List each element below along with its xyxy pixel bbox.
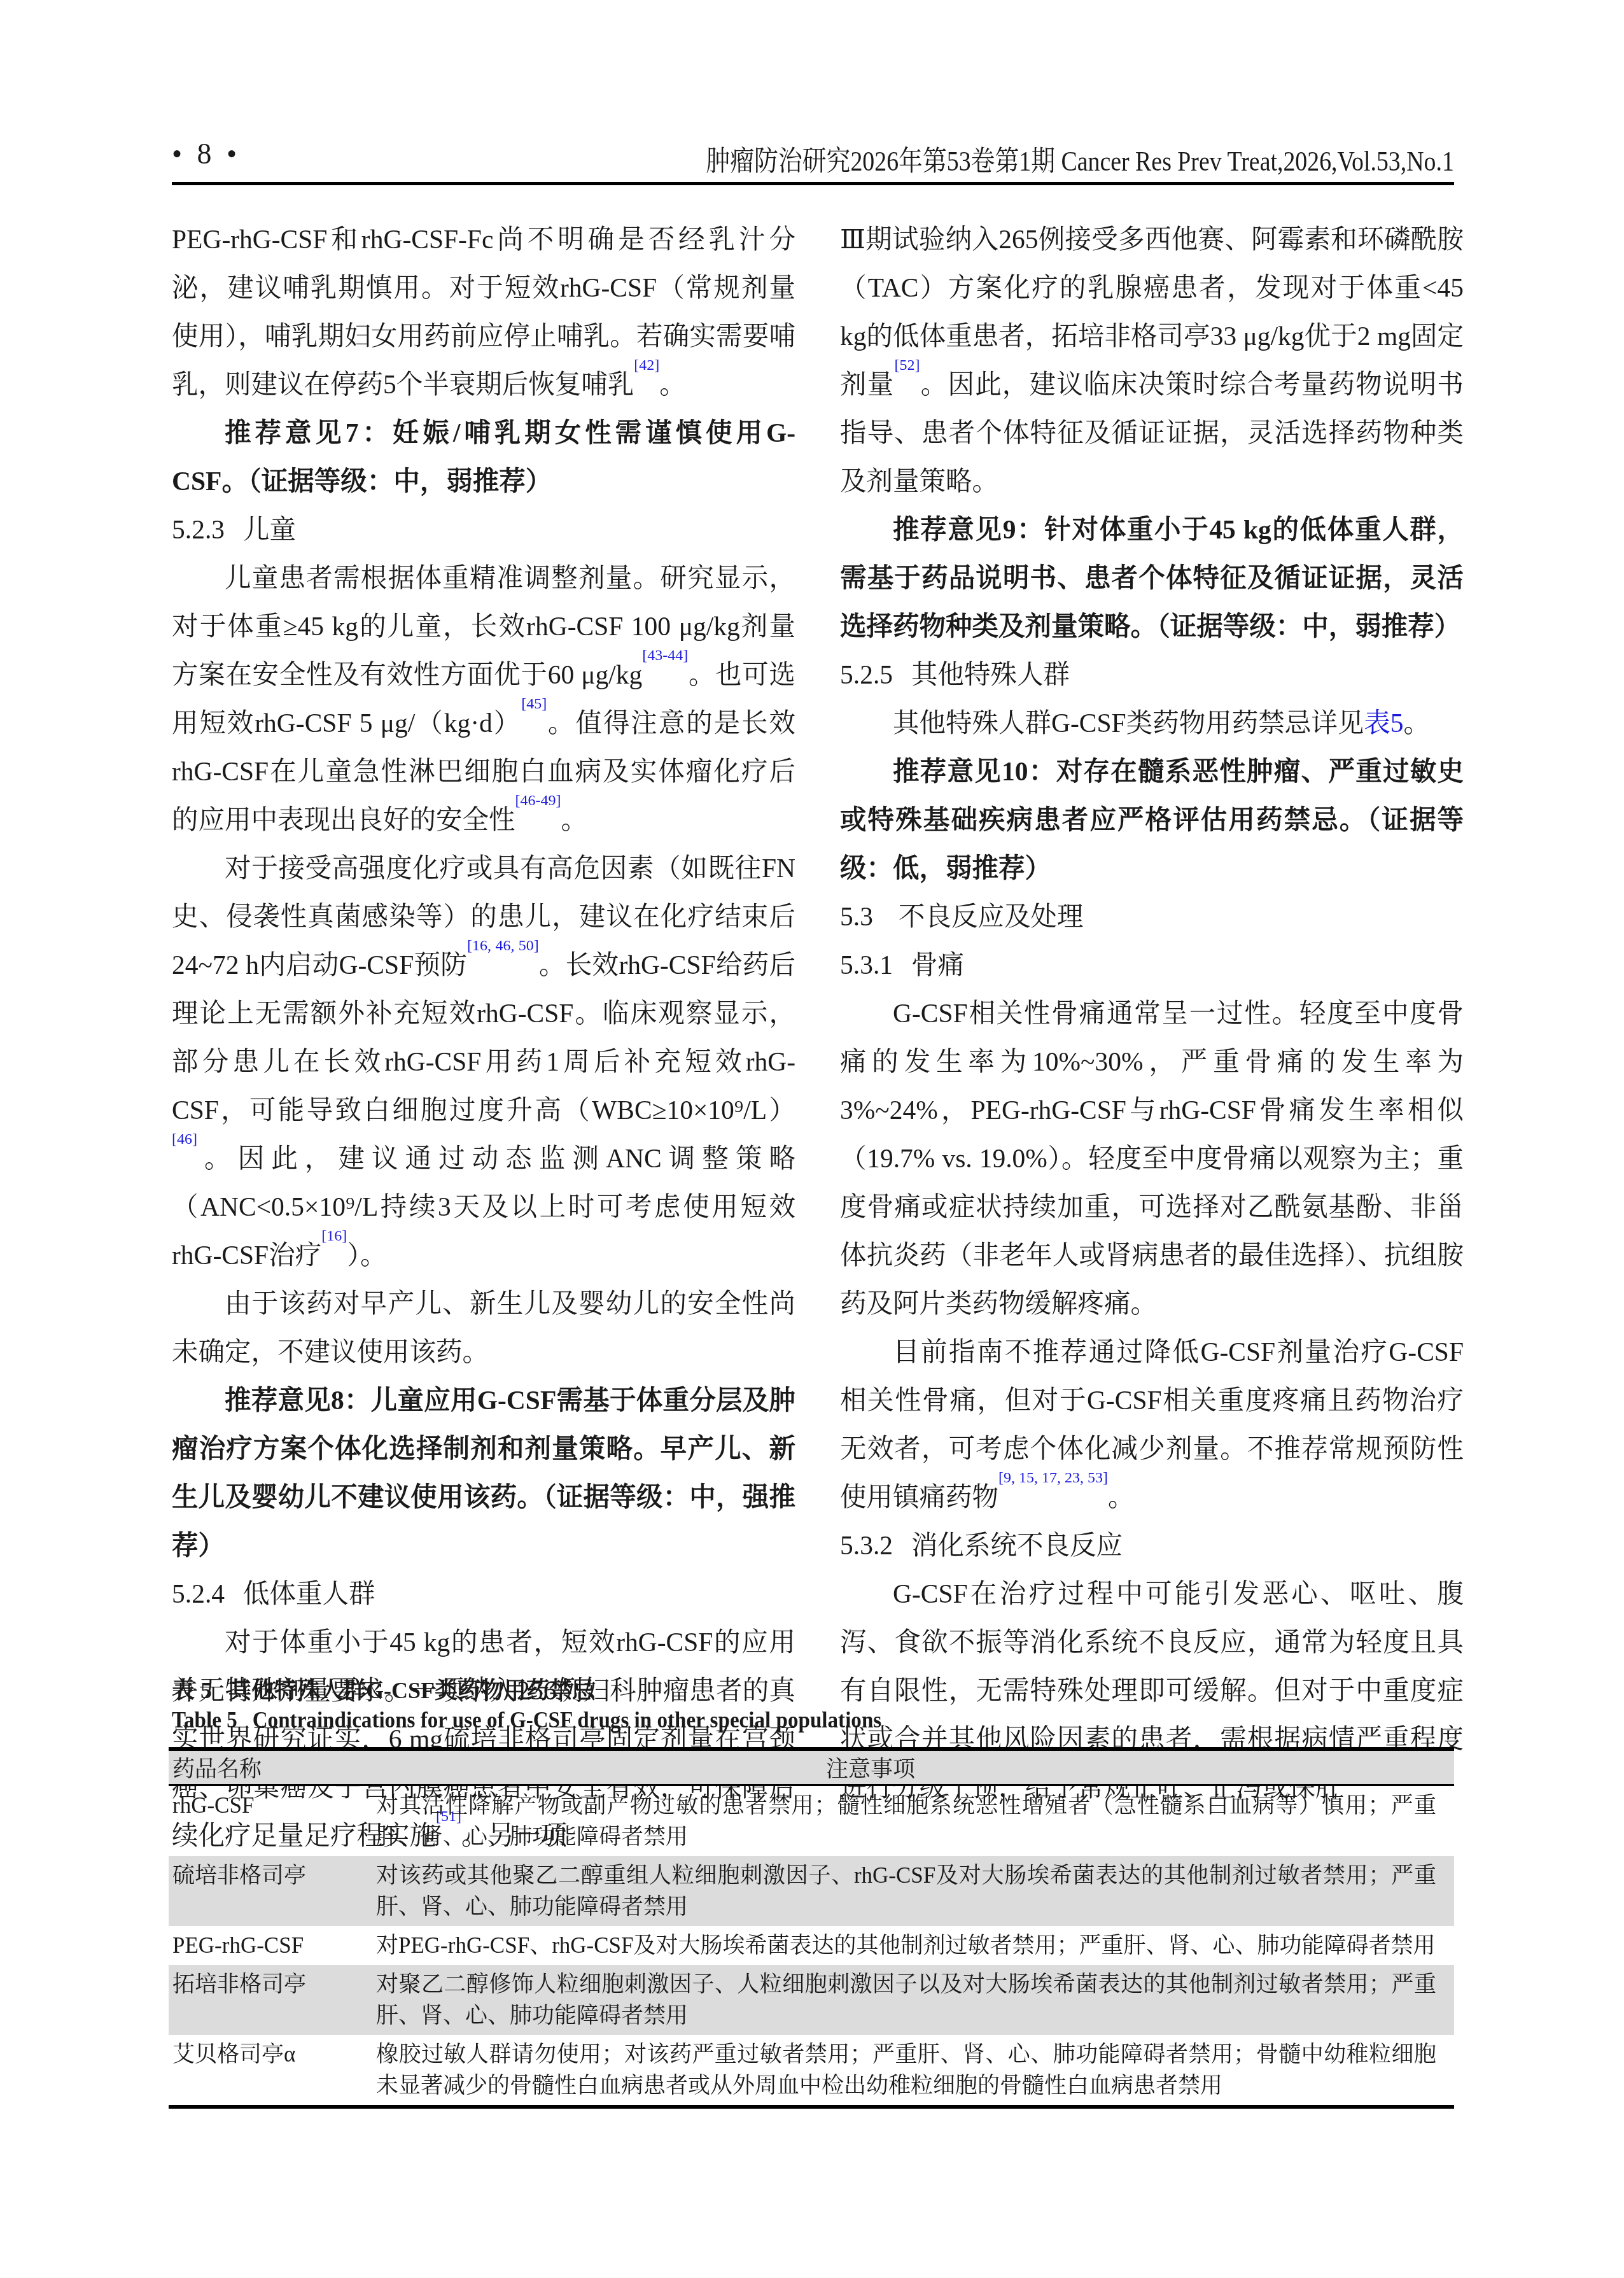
recommendation-7: 推荐意见7：妊娠/哺乳期女性需谨慎使用G-CSF。（证据等级：中，弱推荐） [172,409,795,505]
table-caption-en: Table 5Contraindications for use of G-CS… [172,1706,881,1733]
column-header-notes: 注意事项 [376,1752,1454,1783]
table-5-link[interactable]: 表5 [1364,708,1403,738]
left-column: PEG-rhG-CSF和rhG-CSF-Fc尚不明确是否经乳汁分泌，建议哺乳期慎… [172,215,795,1860]
citation-link[interactable]: [43-44] [642,647,688,664]
drug-name: 拓培非格司亭 [169,1969,376,2031]
paragraph: 儿童患者需根据体重精准调整剂量。研究显示，对于体重≥45 kg的儿童，长效rhG… [172,554,795,844]
running-header: • 8 • 肿瘤防治研究2026年第53卷第1期 Cancer Res Prev… [172,137,1454,185]
recommendation-10: 推荐意见10：对存在髓系恶性肿瘤、严重过敏史或特殊基础疾病患者应严格评估用药禁忌… [840,747,1464,892]
drug-name: rhG-CSF [169,1790,376,1852]
paragraph: 对于接受高强度化疗或具有高危因素（如既往FN史、侵袭性真菌感染等）的患儿，建议在… [172,844,795,1279]
table-row: rhG-CSF 对其活性降解产物或副产物过敏的患者禁用；髓性细胞系统恶性增殖者（… [169,1786,1454,1856]
right-column: Ⅲ期试验纳入265例接受多西他赛、阿霉素和环磷酰胺（TAC）方案化疗的乳腺癌患者… [840,215,1464,1811]
table-row: PEG-rhG-CSF 对PEG-rhG-CSF、rhG-CSF及对大肠埃希菌表… [169,1926,1454,1965]
paragraph: 目前指南不推荐通过降低G-CSF剂量治疗G-CSF相关性骨痛，但对于G-CSF相… [840,1328,1464,1521]
table-bottom-rule [169,2105,1454,2109]
drug-note: 对PEG-rhG-CSF、rhG-CSF及对大肠埃希菌表达的其他制剂过敏者禁用；… [376,1930,1454,1961]
table-caption-cn: 表 5其他特殊人群G-CSF类药物用药禁忌 [172,1673,595,1705]
drug-note: 对聚乙二醇修饰人粒细胞刺激因子、人粒细胞刺激因子以及对大肠埃希菌表达的其他制剂过… [376,1969,1454,2031]
drug-note: 橡胶过敏人群请勿使用；对该药严重过敏者禁用；严重肝、肾、心、肺功能障碍者禁用；骨… [376,2039,1454,2101]
citation-link[interactable]: [42] [634,357,659,374]
section-heading-5-2-4: 5.2.4低体重人群 [172,1570,795,1618]
header-rule [172,182,1454,185]
table-row: 拓培非格司亭 对聚乙二醇修饰人粒细胞刺激因子、人粒细胞刺激因子以及对大肠埃希菌表… [169,1965,1454,2035]
drug-name: PEG-rhG-CSF [169,1930,376,1961]
paragraph: 其他特殊人群G-CSF类药物用药禁忌详见表5。 [840,699,1464,747]
section-heading-5-3: 5.3不良反应及处理 [840,892,1464,941]
paragraph: G-CSF相关性骨痛通常呈一过性。轻度至中度骨痛的发生率为10%~30%，严重骨… [840,989,1464,1328]
paragraph: PEG-rhG-CSF和rhG-CSF-Fc尚不明确是否经乳汁分泌，建议哺乳期慎… [172,215,795,409]
section-heading-5-3-1: 5.3.1骨痛 [840,941,1464,989]
citation-link[interactable]: [46-49] [515,792,561,809]
paragraph: Ⅲ期试验纳入265例接受多西他赛、阿霉素和环磷酰胺（TAC）方案化疗的乳腺癌患者… [840,215,1464,505]
citation-link[interactable]: [45] [521,696,547,712]
citation-link[interactable]: [16, 46, 50] [467,938,539,954]
journal-citation: 肿瘤防治研究2026年第53卷第1期 Cancer Res Prev Treat… [706,138,1454,179]
citation-link[interactable]: [16] [321,1228,347,1244]
section-heading-5-2-3: 5.2.3儿童 [172,505,795,554]
paragraph: 由于该药对早产儿、新生儿及婴幼儿的安全性尚未确定，不建议使用该药。 [172,1279,795,1376]
recommendation-9: 推荐意见9：针对体重小于45 kg的低体重人群，需基于药品说明书、患者个体特征及… [840,505,1464,650]
citation-link[interactable]: [52] [894,357,920,374]
contraindications-table: 药品名称 注意事项 rhG-CSF 对其活性降解产物或副产物过敏的患者禁用；髓性… [169,1747,1454,2109]
section-heading-5-3-2: 5.3.2消化系统不良反应 [840,1521,1464,1570]
section-heading-5-2-5: 5.2.5其他特殊人群 [840,650,1464,699]
recommendation-8: 推荐意见8：儿童应用G-CSF需基于体重分层及肿瘤治疗方案个体化选择制剂和剂量策… [172,1376,795,1570]
table-row: 硫培非格司亭 对该药或其他聚乙二醇重组人粒细胞刺激因子、rhG-CSF及对大肠埃… [169,1856,1454,1926]
drug-name: 艾贝格司亭α [169,2039,376,2101]
column-header-drug: 药品名称 [169,1752,376,1783]
drug-note: 对其活性降解产物或副产物过敏的患者禁用；髓性细胞系统恶性增殖者（急性髓系白血病等… [376,1790,1454,1852]
page-number: • 8 • [172,137,241,171]
table-header-row: 药品名称 注意事项 [169,1751,1454,1784]
drug-note: 对该药或其他聚乙二醇重组人粒细胞刺激因子、rhG-CSF及对大肠埃希菌表达的其他… [376,1860,1454,1922]
table-row: 艾贝格司亭α 橡胶过敏人群请勿使用；对该药严重过敏者禁用；严重肝、肾、心、肺功能… [169,2035,1454,2105]
drug-name: 硫培非格司亭 [169,1860,376,1922]
citation-link[interactable]: [46] [172,1131,197,1148]
citation-link[interactable]: [9, 15, 17, 23, 53] [998,1470,1108,1486]
